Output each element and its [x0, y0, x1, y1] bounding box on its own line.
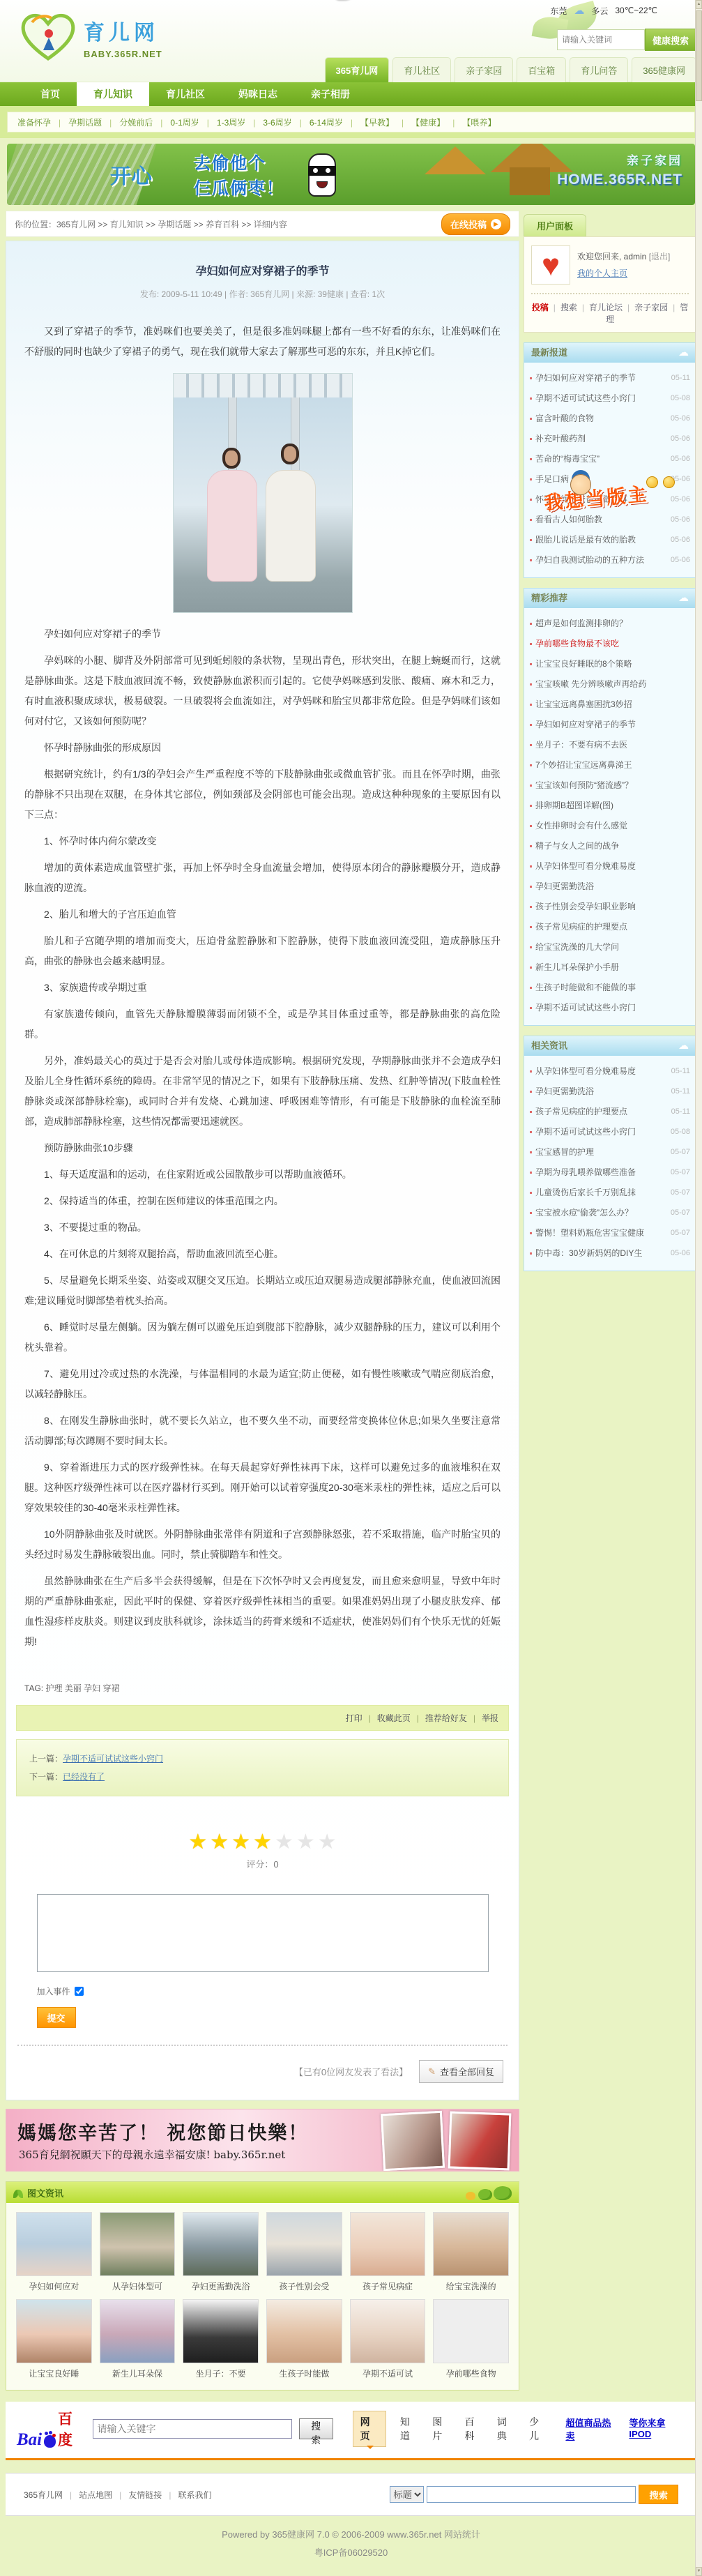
photo-news-title: 图文资讯	[27, 2186, 63, 2199]
news-link[interactable]: 孕期不适可试试这些小窍门	[535, 388, 668, 409]
photo-grid-item[interactable]: 新生儿耳朵保	[100, 2299, 176, 2379]
news-list-item: 孕期不适可试试这些小窍门05-08	[528, 388, 690, 409]
nav-item[interactable]: 首页	[24, 82, 77, 106]
online-submit-button[interactable]: 在线投稿 ▶	[441, 213, 510, 235]
related-list-item: 儿童烫伤后家长千万别乱抹05-07	[528, 1183, 690, 1203]
header-tab[interactable]: 百宝箱	[517, 57, 566, 82]
featured-list-item: 生孩子时能做和不能做的事	[528, 978, 690, 998]
related-list-item: 警惕！塑料奶瓶危害宝宝健康05-07	[528, 1223, 690, 1243]
baidu-promo-link[interactable]: 等你来拿IPOD	[629, 2416, 685, 2442]
featured-list-item: 女性排卵时会有什么感觉	[528, 816, 690, 836]
article-paragraph: 1、每天适度温和的运动，在住家附近或公园散散步可以帮助血液循环。	[24, 1165, 501, 1185]
photo-thumbnail[interactable]	[266, 2212, 342, 2276]
featured-link[interactable]: 新生儿耳朵保护小手册	[535, 957, 690, 978]
article-paragraph: 3、家族遗传或孕期过重	[24, 978, 501, 998]
pencil-icon: ✎	[428, 2066, 436, 2077]
featured-list-item: 宝宝咳嗽 先分辨咳嗽声再给药	[528, 674, 690, 695]
related-list-item: 防中毒：30岁新妈妈的DIY生05-06	[528, 1243, 690, 1264]
article-title: 孕妇如何应对穿裙子的季节	[6, 241, 519, 288]
article-paragraph: 5、尽量避免长期采坐姿、站姿或双腿交叉压迫。长期站立或压迫双腿易造成腿部静脉充血…	[24, 1271, 501, 1311]
photo-thumbnail[interactable]	[266, 2299, 342, 2363]
article-paragraph: 怀孕时静脉曲张的形成原因	[24, 738, 501, 758]
featured-list-item: 7个妙招让宝宝远离鼻涕王	[528, 755, 690, 775]
featured-link[interactable]: 孕妇更需勤洗浴	[535, 877, 690, 897]
news-date: 05-06	[671, 449, 690, 469]
featured-link[interactable]: 孩子常见病症的护理要点	[535, 917, 690, 937]
article-paragraph: 3、不要提过重的物品。	[24, 1218, 501, 1238]
featured-list-item: 孕妇更需勤洗浴	[528, 877, 690, 897]
prev-label: 上一篇：	[29, 1754, 63, 1764]
photo-thumbnail[interactable]	[433, 2212, 509, 2276]
baidu-tabs: 网页知道图片百科词典少儿	[353, 2411, 548, 2447]
tag-row: TAG: 护理 美丽 孕妇 穿裙	[6, 1664, 519, 1698]
news-date: 05-06	[671, 510, 690, 530]
news-date: 05-06	[671, 490, 690, 510]
banner-thief-cartoon	[308, 153, 336, 197]
news-date: 05-06	[671, 429, 690, 449]
header-tab[interactable]: 365育儿网	[325, 57, 390, 82]
news-list-item: 孕妇如何应对穿裙子的季节05-11	[528, 368, 690, 388]
related-link[interactable]: 防中毒：30岁新妈妈的DIY生	[535, 1243, 668, 1264]
related-link[interactable]: 孕期不适可试试这些小窍门	[535, 1122, 668, 1142]
photo-thumbnail[interactable]	[183, 2299, 259, 2363]
related-date: 05-06	[671, 1243, 690, 1264]
footer-search: 标题 搜索	[390, 2485, 678, 2504]
page-scrollbar[interactable]: ▲ ▼	[695, 0, 702, 2576]
welcome-text: 欢迎您回来, admin	[577, 252, 646, 262]
article-paragraph: 有家族遗传倾向，血管先天静脉瓣膜薄弱而闭锁不全，或是孕其目体重过重等，都是静脉曲…	[24, 1004, 501, 1045]
comment-textarea[interactable]	[37, 1894, 489, 1972]
tree-decoration	[429, 2183, 513, 2202]
featured-link[interactable]: 让宝宝良好睡眠的8个策略	[535, 654, 690, 674]
photo-thumbnail[interactable]	[16, 2299, 92, 2363]
photo-caption[interactable]: 孩子性别会受	[266, 2280, 342, 2292]
related-list-item: 从孕妇体型可看分娩难易度05-11	[528, 1061, 690, 1082]
footer-search-select[interactable]: 标题	[390, 2486, 424, 2503]
baidu-paw-icon	[44, 2435, 56, 2448]
subnav-item[interactable]: 【早教】	[343, 116, 394, 128]
photo-caption[interactable]: 新生儿耳朵保	[100, 2367, 176, 2379]
site-header: 育儿网 BABY.365R.NET 东莞 ☁ 多云 30℃~22℃ 365育儿网…	[0, 0, 702, 82]
featured-link[interactable]: 宝宝该如何预防“猪流感”？	[535, 775, 690, 796]
user-panel: ♥ 欢迎您回来, admin [退出] 我的个人主页 投稿搜索育儿论坛亲子家园管…	[524, 236, 696, 333]
photo-caption[interactable]: 孕妇更需勤洗浴	[183, 2280, 259, 2292]
header-tab[interactable]: 365健康网	[632, 57, 696, 82]
related-date: 05-07	[671, 1203, 690, 1223]
star-icon[interactable]: ★	[296, 1831, 315, 1854]
news-date: 05-11	[671, 368, 690, 388]
photo-grid-item[interactable]: 给宝宝洗澡的	[433, 2212, 509, 2292]
scroll-up-arrow-icon[interactable]: ▲	[696, 0, 702, 9]
logo-heart-icon	[18, 10, 78, 64]
photo-thumbnail[interactable]	[350, 2212, 426, 2276]
baidu-search-input[interactable]	[93, 2419, 292, 2439]
photo-thumbnail[interactable]	[433, 2299, 509, 2363]
holiday-banner[interactable]: 媽媽您辛苦了！ 祝您節日快樂！ 365育兒網祝願天下的母親永遠幸福安康! bab…	[6, 2109, 519, 2172]
copyright: Powered by 365健康网 7.0 © 2006-2009 www.36…	[0, 2516, 702, 2576]
photo-grid-item[interactable]: 孩子常见病症	[350, 2212, 426, 2292]
subnav-item[interactable]: 3-6周岁	[245, 116, 291, 128]
article-body: 又到了穿裙子的季节，准妈咪们也要美美了，但是很多准妈咪腿上都有一些不好看的东东，…	[6, 311, 519, 1664]
related-list-item: 孕期为母乳喂养做哪些准备05-07	[528, 1162, 690, 1183]
baidu-promos: 超值商品热卖等你来拿IPOD	[565, 2416, 685, 2442]
header-tab[interactable]: 育儿社区	[392, 57, 451, 82]
related-link[interactable]: 宝宝感冒的护理	[535, 1142, 668, 1162]
holiday-photo	[448, 2111, 512, 2170]
main-nav: 首页育儿知识育儿社区妈咪日志亲子相册	[0, 82, 702, 106]
weather-temperature: 30℃~22℃	[615, 6, 657, 15]
baidu-tab[interactable]: 百科	[465, 2415, 483, 2443]
photo-caption[interactable]: 孕期不适可试	[350, 2367, 426, 2379]
featured-link[interactable]: 宝宝咳嗽 先分辨咳嗽声再给药	[535, 674, 690, 695]
article-paragraph: 胎儿和子宫随孕期的增加而变大，压迫骨盆腔静脉和下腔静脉，使得下肢血液回流受阻，造…	[24, 931, 501, 971]
related-list-item: 宝宝感冒的护理05-07	[528, 1142, 690, 1162]
featured-link[interactable]: 孕妇如何应对穿裙子的季节	[535, 715, 690, 735]
featured-list-item: 坐月子：不要有病不去医	[528, 735, 690, 755]
photo-grid-item[interactable]: 坐月子：不要	[183, 2299, 259, 2379]
news-list-item: 苦命的“梅毒宝宝”05-06	[528, 449, 690, 469]
photo-caption[interactable]: 孩子常见病症	[350, 2280, 426, 2292]
reply-row: 【已有0位网友发表了看法】 ✎ 查看全部回复	[6, 2049, 519, 2087]
baidu-logo[interactable]: Bai 百度	[17, 2408, 86, 2450]
weather-condition: 多云	[591, 5, 608, 17]
star-icon[interactable]: ★	[275, 1831, 293, 1854]
banner-line2: 仨瓜俩枣！	[194, 174, 284, 199]
scrollbar-thumb[interactable]	[696, 10, 702, 101]
related-link[interactable]: 孕期为母乳喂养做哪些准备	[535, 1162, 668, 1183]
photo-thumbnail[interactable]	[16, 2212, 92, 2276]
featured-link[interactable]: 7个妙招让宝宝远离鼻涕王	[535, 755, 690, 775]
weather-city: 东莞	[550, 5, 567, 17]
article-paragraph: 9、穿着渐进压力式的医疗级弹性袜。在每天晨起穿好弹性袜再下床，这样可以避免过多的…	[24, 1457, 501, 1518]
featured-list-item: 孕前哪些食物最不该吃	[528, 634, 690, 654]
baidu-tab[interactable]: 少儿	[529, 2415, 547, 2443]
photo-caption[interactable]: 生孩子时能做	[266, 2367, 342, 2379]
online-submit-label: 在线投稿	[450, 218, 487, 231]
article-action-link[interactable]: 推荐给好友	[411, 1713, 467, 1723]
subnav-item[interactable]: 准备怀孕	[17, 116, 51, 128]
homepage-link[interactable]: 我的个人主页	[577, 268, 627, 278]
smiley-icon	[646, 476, 658, 488]
news-date: 05-06	[671, 550, 690, 570]
prev-next-box: 上一篇：孕期不适可试试这些小窍门 下一篇：已经没有了	[16, 1739, 509, 1796]
featured-link[interactable]: 孩子性别会受孕妇职业影响	[535, 897, 690, 917]
featured-list: 超声是如何监测排卵的？孕前哪些食物最不该吃让宝宝良好睡眠的8个策略宝宝咳嗽 先分…	[524, 608, 696, 1025]
header-tab[interactable]: 育儿问答	[570, 57, 628, 82]
view-all-replies-button[interactable]: ✎ 查看全部回复	[419, 2060, 503, 2083]
user-row: ♥ 欢迎您回来, admin [退出] 我的个人主页	[531, 245, 689, 285]
header-tab[interactable]: 亲子家园	[455, 57, 513, 82]
logo-text: 育儿网 BABY.365R.NET	[84, 15, 162, 59]
news-link[interactable]: 富含叶酸的食物	[535, 409, 668, 429]
footer-link[interactable]: 联系我们	[162, 2490, 211, 2500]
footer-search-button[interactable]: 搜索	[639, 2485, 678, 2504]
nav-item[interactable]: 妈咪日志	[222, 82, 294, 106]
related-list: 从孕妇体型可看分娩难易度05-11孕妇更需勤洗浴05-11孩子常见病症的护理要点…	[524, 1056, 696, 1271]
photo-caption[interactable]: 孕前哪些食物	[433, 2367, 509, 2379]
featured-list-item: 超声是如何监测排卵的？	[528, 614, 690, 634]
comment-area: 加入事件 提交	[37, 1894, 489, 2042]
rating-score: 评分：0	[6, 1857, 519, 1876]
user-panel-tab[interactable]: 用户面板	[524, 214, 586, 236]
cloud-icon: ☁	[678, 589, 689, 608]
boy-face-icon	[570, 474, 591, 495]
right-column: 用户面板 ♥ 欢迎您回来, admin [退出] 我的个人主页 投稿搜索育儿论坛…	[524, 211, 696, 1271]
logo-title: 育儿网	[84, 15, 162, 46]
article-actions: 打印收藏此页推荐给好友举报	[16, 1705, 509, 1731]
join-event-checkbox[interactable]	[75, 1987, 84, 1996]
baidu-tab[interactable]: 图片	[432, 2415, 450, 2443]
smiley-icon	[663, 476, 675, 488]
subnav-item[interactable]: 【喂养】	[445, 116, 496, 128]
site-logo[interactable]: 育儿网 BABY.365R.NET	[18, 10, 162, 64]
photo-caption[interactable]: 让宝宝良好睡	[16, 2367, 92, 2379]
copyright-line1: Powered by 365健康网 7.0 © 2006-2009 www.36…	[0, 2526, 702, 2544]
featured-list-item: 孩子性别会受孕妇职业影响	[528, 897, 690, 917]
footer-bar: 365育儿网站点地图友情链接联系我们 标题 搜索	[6, 2473, 696, 2516]
photo-caption[interactable]: 从孕妇体型可	[100, 2280, 176, 2292]
nav-item[interactable]: 亲子相册	[294, 82, 367, 106]
photo-caption[interactable]: 坐月子：不要	[183, 2367, 259, 2379]
featured-list-item: 排卵期B超图详解(图)	[528, 796, 690, 816]
article-paragraph: 6、睡觉时尽量左侧躺。因为躺左侧可以避免压迫到腹部下腔静脉，减少双腿静脉的压力，…	[24, 1317, 501, 1358]
baidu-tab[interactable]: 知道	[400, 2415, 418, 2443]
header-search-input[interactable]	[557, 29, 645, 50]
featured-link[interactable]: 从孕妇体型可看分娩难易度	[535, 856, 690, 877]
article-intro: 又到了穿裙子的季节，准妈咪们也要美美了，但是很多准妈咪腿上都有一些不好看的东东，…	[24, 321, 501, 362]
photo-grid-item[interactable]: 孕妇更需勤洗浴	[183, 2212, 259, 2292]
featured-link[interactable]: 让宝宝远离鼻塞困扰3妙招	[535, 695, 690, 715]
next-row: 下一篇：已经没有了	[29, 1768, 496, 1786]
related-date: 05-07	[671, 1223, 690, 1243]
article-panel: 孕妇如何应对穿裙子的季节 发布: 2009-5-11 10:49 | 作者: 3…	[6, 241, 519, 2100]
copyright-line2: 粤ICP备06029520	[0, 2544, 702, 2562]
latest-news-list: 孕妇如何应对穿裙子的季节05-11孕期不适可试试这些小窍门05-08富含叶酸的食…	[524, 363, 696, 577]
article-paragraph: 根据研究统计，约有1/3的孕妇会产生严重程度不等的下肢静脉曲张或微血管扩张。而且…	[24, 764, 501, 825]
logout-link[interactable]: [退出]	[649, 252, 671, 262]
latest-news-title: 最新报道	[531, 347, 567, 358]
footer-search-input[interactable]	[427, 2486, 636, 2503]
related-title: 相关资讯	[531, 1040, 567, 1051]
featured-list-item: 精子与女人之间的战争	[528, 836, 690, 856]
subnav-item[interactable]: 分娩前后	[102, 116, 153, 128]
related-list-item: 孩子常见病症的护理要点05-11	[528, 1102, 690, 1122]
featured-header: 精彩推荐 ☁	[524, 589, 696, 608]
featured-list-item: 给宝宝洗澡的几大学问	[528, 937, 690, 957]
user-link[interactable]: 搜索	[549, 303, 577, 312]
photo-grid: 孕妇如何应对 从孕妇体型可 孕妇更需勤洗浴 孩子性别会受 孩子常见病症	[6, 2203, 519, 2390]
article-action-link[interactable]: 收藏此页	[363, 1713, 411, 1723]
featured-list-item: 孩子常见病症的护理要点	[528, 917, 690, 937]
logo-subtitle: BABY.365R.NET	[84, 49, 162, 59]
featured-link[interactable]: 给宝宝洗澡的几大学问	[535, 937, 690, 957]
related-link[interactable]: 孩子常见病症的护理要点	[535, 1102, 669, 1122]
photo-caption[interactable]: 给宝宝洗澡的	[433, 2280, 509, 2292]
weather-cloud-icon: ☁	[574, 4, 584, 17]
cloud-icon: ☁	[678, 1036, 689, 1056]
photo-thumbnail[interactable]	[100, 2212, 176, 2276]
article-paragraph: 孕妇如何应对穿裙子的季节	[24, 624, 501, 644]
subnav-item[interactable]: 0-1周岁	[153, 116, 199, 128]
article-paragraph: 增加的黄体素造成血管壁扩张，再加上怀孕时全身血流量会增加，使得原本闭合的静脉瓣膜…	[24, 858, 501, 898]
related-link[interactable]: 警惕！塑料奶瓶危害宝宝健康	[535, 1223, 668, 1243]
related-list-item: 孕妇更需勤洗浴05-11	[528, 1082, 690, 1102]
article-meta: 发布: 2009-5-11 10:49 | 作者: 365育儿网 | 来源: 3…	[6, 288, 519, 311]
footer-link[interactable]: 365育儿网	[24, 2490, 63, 2500]
photo-caption[interactable]: 孕妇如何应对	[16, 2280, 92, 2292]
scroll-down-arrow-icon[interactable]: ▼	[696, 2567, 702, 2576]
news-link[interactable]: 补充叶酸药剂	[535, 429, 668, 449]
user-links: 投稿搜索育儿论坛亲子家园管理	[531, 301, 689, 325]
baidu-search-button[interactable]: 搜索	[299, 2418, 333, 2439]
subnav-item[interactable]: 1-3周岁	[199, 116, 245, 128]
footer-link[interactable]: 友情链接	[112, 2490, 162, 2500]
news-date: 05-08	[671, 388, 690, 409]
latest-news-box: 最新报道 ☁ 孕妇如何应对穿裙子的季节05-11孕期不适可试试这些小窍门05-0…	[524, 342, 696, 578]
user-info: 欢迎您回来, admin [退出] 我的个人主页	[577, 248, 670, 282]
news-link[interactable]: 孕妇自我测试胎动的五种方法	[535, 550, 668, 570]
related-link[interactable]: 儿童烫伤后家长千万别乱抹	[535, 1183, 668, 1203]
article-action-link[interactable]: 举报	[467, 1713, 498, 1723]
star-icon[interactable]: ★	[253, 1831, 272, 1854]
article-paragraph: 预防静脉曲张10步骤	[24, 1138, 501, 1158]
banner-line1: 去偷他个	[194, 149, 266, 174]
news-list-item: 补充叶酸药剂05-06	[528, 429, 690, 449]
baidu-logo-cn: 百度	[58, 2408, 85, 2450]
subnav-item[interactable]: 6-14周岁	[292, 116, 343, 128]
featured-link[interactable]: 孕期不适可试试这些小窍门	[535, 998, 690, 1018]
related-date: 05-07	[671, 1142, 690, 1162]
user-link[interactable]: 亲子家园	[623, 303, 668, 312]
featured-link[interactable]: 超声是如何监测排卵的？	[535, 614, 690, 634]
header-tabs: 365育儿网育儿社区亲子家园百宝箱育儿问答365健康网	[321, 57, 696, 82]
photo-grid-item[interactable]: 从孕妇体型可	[100, 2212, 176, 2292]
related-date: 05-07	[671, 1162, 690, 1183]
photo-thumbnail[interactable]	[100, 2299, 176, 2363]
subnav-wrap: 准备怀孕孕期话题分娩前后0-1周岁1-3周岁3-6周岁6-14周岁【早教】【健康…	[0, 106, 702, 138]
photo-grid-item[interactable]: 孕期不适可试	[350, 2299, 426, 2379]
baidu-logo-bai: Bai	[17, 2430, 42, 2450]
news-list-item: 孕妇自我测试胎动的五种方法05-06	[528, 550, 690, 570]
header-search: 健康搜索	[557, 29, 696, 51]
banner-hut-icon	[425, 146, 486, 174]
banner-hut-base	[510, 167, 550, 195]
reply-count: 【已有0位网友发表了看法】	[294, 2065, 408, 2078]
related-date: 05-11	[671, 1061, 690, 1082]
user-link[interactable]: 育儿论坛	[577, 303, 623, 312]
news-list-item: 富含叶酸的食物05-06	[528, 409, 690, 429]
featured-link[interactable]: 生孩子时能做和不能做的事	[535, 978, 690, 998]
star-icon[interactable]: ★	[318, 1831, 337, 1854]
photo-grid-item[interactable]: 孕前哪些食物	[433, 2299, 509, 2379]
star-icon[interactable]: ★	[210, 1831, 229, 1854]
comment-submit-button[interactable]: 提交	[37, 2007, 76, 2028]
baidu-tab[interactable]: 词典	[497, 2415, 515, 2443]
article-paragraph: 孕妈咪的小腿、脚背及外阴部常可见到蚯蚓般的条状物，呈现出青色，形状突出，在腿上蜿…	[24, 651, 501, 732]
related-header: 相关资讯 ☁	[524, 1036, 696, 1056]
photo-grid-item[interactable]: 孕妇如何应对	[16, 2212, 92, 2292]
star-icon[interactable]: ★	[188, 1831, 207, 1854]
related-link[interactable]: 从孕妇体型可看分娩难易度	[535, 1061, 669, 1082]
photo-thumbnail[interactable]	[350, 2299, 426, 2363]
featured-list-item: 新生儿耳朵保护小手册	[528, 957, 690, 978]
dotted-divider	[17, 2045, 508, 2046]
nav-item[interactable]: 育儿知识	[77, 82, 149, 106]
featured-box: 精彩推荐 ☁ 超声是如何监测排卵的？孕前哪些食物最不该吃让宝宝良好睡眠的8个策略…	[524, 588, 696, 1026]
photo-news-section: 图文资讯 孕妇如何应对 从孕妇体型可 孕妇更需勤洗浴 孩	[6, 2181, 519, 2391]
article-action-link[interactable]: 打印	[346, 1713, 363, 1723]
footer-links: 365育儿网站点地图友情链接联系我们	[24, 2489, 211, 2501]
baidu-search-bar: Bai 百度 搜索 网页知道图片百科词典少儿 超值商品热卖等你来拿IPOD	[6, 2402, 696, 2460]
featured-link[interactable]: 精子与女人之间的战争	[535, 836, 690, 856]
star-icon[interactable]: ★	[231, 1831, 250, 1854]
featured-link[interactable]: 孕前哪些食物最不该吃	[535, 634, 690, 654]
article-paragraph: 2、胎儿和增大的子宫压迫血管	[24, 904, 501, 925]
breadcrumb: 你的位置：365育儿网 >> 育儿知识 >> 孕期话题 >> 养育百科 >> 详…	[15, 218, 287, 230]
photo-news-header: 图文资讯	[6, 2182, 519, 2203]
subnav-item[interactable]: 孕期话题	[51, 116, 102, 128]
featured-link[interactable]: 排卵期B超图详解(图)	[535, 796, 690, 816]
featured-link[interactable]: 女性排卵时会有什么感觉	[535, 816, 690, 836]
star-rating: ★★★★★★★	[6, 1805, 519, 1857]
featured-list-item: 让宝宝远离鼻塞困扰3妙招	[528, 695, 690, 715]
promo-banner[interactable]: 开心 去偷他个 仨瓜俩枣！ 亲子家园 HOME.365R.NET	[7, 144, 695, 205]
weather-widget: 东莞 ☁ 多云 30℃~22℃	[550, 4, 657, 17]
prev-link[interactable]: 孕期不适可试试这些小窍门	[63, 1754, 163, 1764]
featured-list-item: 让宝宝良好睡眠的8个策略	[528, 654, 690, 674]
related-box: 相关资讯 ☁ 从孕妇体型可看分娩难易度05-11孕妇更需勤洗浴05-11孩子常见…	[524, 1036, 696, 1271]
dotted-divider	[531, 293, 689, 294]
featured-link[interactable]: 坐月子：不要有病不去医	[535, 735, 690, 755]
article-paragraph: 2、保持适当的体重，控制在医师建议的体重范围之内。	[24, 1191, 501, 1211]
related-date: 05-07	[671, 1183, 690, 1203]
related-link[interactable]: 宝宝被水痘“偷袭”怎么办？	[535, 1203, 668, 1223]
next-link[interactable]: 已经没有了	[63, 1772, 105, 1782]
baidu-promo-link[interactable]: 超值商品热卖	[565, 2416, 618, 2442]
holiday-line2: 365育兒網祝願天下的母親永遠幸福安康! baby.365r.net	[19, 2147, 285, 2162]
baidu-tab[interactable]: 网页	[353, 2411, 386, 2447]
user-avatar[interactable]: ♥	[531, 245, 570, 285]
banner-right-url: HOME.365R.NET	[557, 172, 682, 188]
latest-news-header: 最新报道 ☁	[524, 343, 696, 363]
article-paragraph: 4、在可休息的片刻将双腿抬高，帮助血液回流至心脏。	[24, 1244, 501, 1264]
photo-thumbnail[interactable]	[183, 2212, 259, 2276]
photo-grid-item[interactable]: 孩子性别会受	[266, 2212, 342, 2292]
header-search-button[interactable]: 健康搜索	[645, 29, 696, 51]
news-link[interactable]: 跟胎儿说话是最有效的胎教	[535, 530, 668, 550]
next-label: 下一篇：	[29, 1772, 63, 1782]
featured-list-item: 孕期不适可试试这些小窍门	[528, 998, 690, 1018]
news-link[interactable]: 苦命的“梅毒宝宝”	[535, 449, 668, 469]
nav-item[interactable]: 育儿社区	[149, 82, 222, 106]
user-link[interactable]: 投稿	[532, 303, 549, 312]
banner-brand: 开心	[110, 159, 152, 190]
join-event-label: 加入事件	[37, 1985, 70, 1997]
join-event-row: 加入事件	[37, 1985, 489, 1997]
photo-grid-item[interactable]: 让宝宝良好睡	[16, 2299, 92, 2379]
photo-grid-item[interactable]: 生孩子时能做	[266, 2299, 342, 2379]
related-list-item: 孕期不适可试试这些小窍门05-08	[528, 1122, 690, 1142]
subnav-item[interactable]: 【健康】	[394, 116, 445, 128]
news-link[interactable]: 孕妇如何应对穿裙子的季节	[535, 368, 669, 388]
article-paragraph: 1、怀孕时体内荷尔蒙改变	[24, 831, 501, 851]
article-paragraph: 另外，准妈最关心的莫过于是否会对胎儿或母体造成影响。根据研究发现，孕期静脉曲张并…	[24, 1051, 501, 1132]
featured-title: 精彩推荐	[531, 593, 567, 603]
featured-list-item: 宝宝该如何预防“猪流感”？	[528, 775, 690, 796]
news-list-item: 跟胎儿说话是最有效的胎教05-06	[528, 530, 690, 550]
related-link[interactable]: 孕妇更需勤洗浴	[535, 1082, 669, 1102]
footer-link[interactable]: 站点地图	[63, 2490, 112, 2500]
